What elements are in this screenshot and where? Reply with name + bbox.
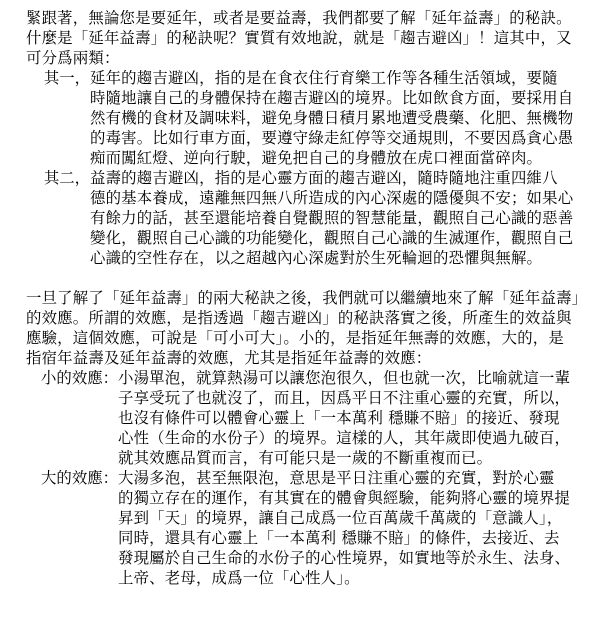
text-line: 痴而闖紅燈、逆向行駛，避免把自己的身體放在虎口裡面當碎肉。 [90, 148, 573, 168]
text-line: 應驗，這個效應，可說是「可小可大」。小的，是指延年無壽的效應，大的，是 [26, 328, 599, 348]
text-line: 什麼是「延年益壽」的秘訣呢？實質有效地說，就是「趨吉避凶」！這其中，又 [26, 28, 599, 48]
item-label: 其二， [26, 168, 90, 268]
document-body: 緊跟著，無論您是要延年，或者是要益壽，我們都要了解「延年益壽」的秘訣。 什麼是「… [26, 8, 599, 588]
item-label: 大的效應： [26, 468, 118, 588]
text-line: 昇到「天」的境界，讓自己成爲一位百萬歲千萬歲的「意識人」， [118, 508, 570, 528]
item-body: 小湯單泡，就算熱湯可以讓您泡很久，但也就一次，比喻就這一輩 子享受玩了也就沒了，… [118, 368, 570, 468]
text-line: 同時，還具有心靈上「一本萬利 穩賺不賠」的條件，去接近、去 [118, 528, 570, 548]
text-line: 然有機的食材及調味料，避免身體日積月累地遭受農藥、化肥、無機物 [90, 108, 573, 128]
text-line: 發現屬於自己生命的水份子的心性境界，如實地等於永生、法身、 [118, 548, 570, 568]
item-label: 小的效應： [26, 368, 118, 468]
text-line: 時隨地讓自己的身體保持在趨吉避凶的境界。比如飲食方面，要採用自 [90, 88, 573, 108]
text-line: 心識的空性存在，以之超越內心深處對於生死輪迴的恐懼與無解。 [90, 248, 573, 268]
text-line: 也沒有條件可以體會心靈上「一本萬利 穩賺不賠」的接近、發現 [118, 408, 570, 428]
effects-intro-paragraph: 一旦了解了「延年益壽」的兩大秘訣之後，我們就可以繼續地來了解「延年益壽」 的效應… [26, 288, 599, 368]
text-line: 上帝、老母，成爲一位「心性人」。 [118, 568, 570, 588]
item-body: 延年的趨吉避凶，指的是在食衣住行育樂工作等各種生活領域，要隨 時隨地讓自己的身體… [90, 68, 573, 168]
effect-item-small: 小的效應： 小湯單泡，就算熱湯可以讓您泡很久，但也就一次，比喻就這一輩 子享受玩… [26, 368, 599, 468]
item-body: 大湯多泡，甚至無限泡，意思是平日注重心靈的充實，對於心靈 的獨立存在的運作，有其… [118, 468, 570, 588]
text-line: 心性（生命的水份子）的境界。這樣的人，其年歲即使過九破百， [118, 428, 570, 448]
item-label: 其一， [26, 68, 90, 168]
text-line: 變化，觀照自己心識的功能變化，觀照自己心識的生滅運作，觀照自己 [90, 228, 573, 248]
item-body: 益壽的趨吉避凶，指的是心靈方面的趨吉避凶，隨時隨地注重四維八 德的基本養成，遠離… [90, 168, 573, 268]
text-line: 指宿年益壽及延年益壽的效應，尤其是指延年益壽的效應： [26, 348, 599, 368]
intro-paragraph: 緊跟著，無論您是要延年，或者是要益壽，我們都要了解「延年益壽」的秘訣。 什麼是「… [26, 8, 599, 68]
text-line: 的毒害。比如行車方面，要遵守綠走紅停等交通規則，不要因爲貪心愚 [90, 128, 573, 148]
text-line: 子享受玩了也就沒了，而且，因爲平日不注重心靈的充實，所以， [118, 388, 570, 408]
text-line: 的效應。所謂的效應，是指透過「趨吉避凶」的秘訣落實之後，所產生的效益與 [26, 308, 599, 328]
text-line: 益壽的趨吉避凶，指的是心靈方面的趨吉避凶，隨時隨地注重四維八 [90, 168, 573, 188]
text-line: 有餘力的話，甚至還能培養自覺觀照的智慧能量，觀照自己心識的惡善 [90, 208, 573, 228]
effect-item-large: 大的效應： 大湯多泡，甚至無限泡，意思是平日注重心靈的充實，對於心靈 的獨立存在… [26, 468, 599, 588]
type-item-2: 其二， 益壽的趨吉避凶，指的是心靈方面的趨吉避凶，隨時隨地注重四維八 德的基本養… [26, 168, 599, 268]
text-line: 小湯單泡，就算熱湯可以讓您泡很久，但也就一次，比喻就這一輩 [118, 368, 570, 388]
text-line: 大湯多泡，甚至無限泡，意思是平日注重心靈的充實，對於心靈 [118, 468, 570, 488]
text-line: 的獨立存在的運作，有其實在的體會與經驗，能夠將心靈的境界提 [118, 488, 570, 508]
text-line: 可分爲兩類： [26, 48, 599, 68]
text-line: 延年的趨吉避凶，指的是在食衣住行育樂工作等各種生活領域，要隨 [90, 68, 573, 88]
type-item-1: 其一， 延年的趨吉避凶，指的是在食衣住行育樂工作等各種生活領域，要隨 時隨地讓自… [26, 68, 599, 168]
paragraph-spacer [26, 268, 599, 288]
text-line: 緊跟著，無論您是要延年，或者是要益壽，我們都要了解「延年益壽」的秘訣。 [26, 8, 599, 28]
text-line: 德的基本養成，遠離無四無八所造成的內心深處的隱優與不安；如果心 [90, 188, 573, 208]
text-line: 一旦了解了「延年益壽」的兩大秘訣之後，我們就可以繼續地來了解「延年益壽」 [26, 288, 599, 308]
text-line: 就其效應品質而言，有可能只是一歲的不斷重複而已。 [118, 448, 570, 468]
